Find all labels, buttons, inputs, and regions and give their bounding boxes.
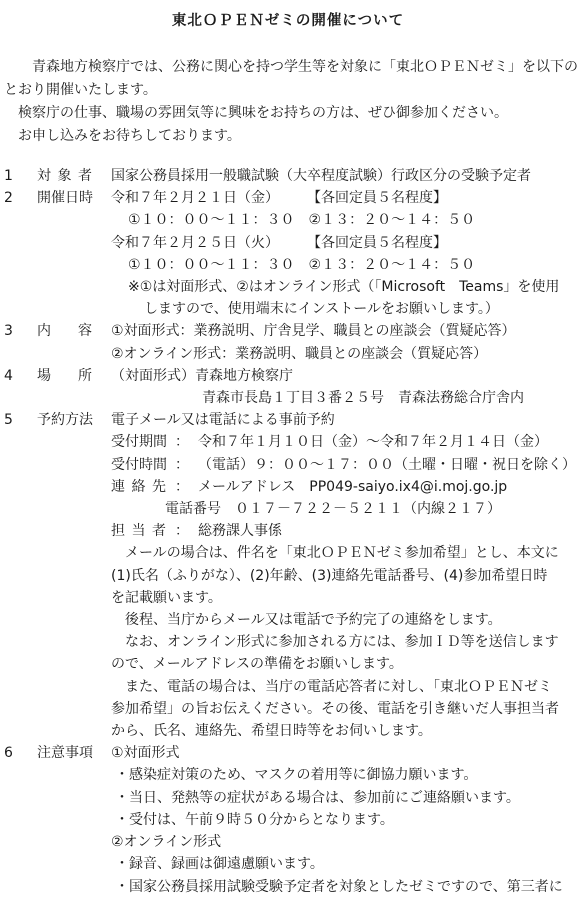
section-content: ①対面形式 ・感染症対策のため、マスクの着用等に御協力願います。 ・当日、発熱等… (92, 742, 572, 897)
section-number: 4 (4, 365, 37, 387)
content-line: を記載願います。 (111, 587, 572, 609)
content-line: ②オンライン形式 (111, 831, 572, 853)
section-label: 開催日時 (37, 187, 92, 209)
content-line: から、氏名、連絡先、希望日時等をお伺いします。 (111, 720, 572, 742)
section-label: 予約方法 (37, 409, 92, 431)
kv-separator: ： (166, 431, 198, 453)
document-page: 東北ＯＰＥＮゼミの開催について 青森地方検察庁では、公務に関心を持つ学生等を対象… (0, 0, 580, 897)
intro-paragraph: 青森地方検察庁では、公務に関心を持つ学生等を対象に「東北ＯＰＥＮゼミ」を以下の … (4, 56, 572, 148)
section-content: 国家公務員採用一般職試験（大卒程度試験）行政区分の受験予定者 (92, 165, 572, 187)
bullet-line: ・感染症対策のため、マスクの着用等に御協力願います。 (115, 764, 572, 786)
content-line: ①１０：００～１１：３０ ②１３：２０～１４：５０ (128, 254, 572, 276)
section-naiyo: 3 内容 ①対面形式：業務説明、庁舎見学、職員との座談会（質疑応答） ②オンライ… (4, 320, 572, 364)
section-content: 電子メール又は電話による事前予約 受付期間 ： 令和７年１月１０日（金）～令和７… (92, 409, 572, 742)
section-number: 5 (4, 409, 37, 431)
intro-line: とおり開催いたします。 (4, 79, 572, 102)
content-line: ①１０：００～１１：３０ ②１３：２０～１４：５０ (128, 209, 572, 231)
kv-value: 総務課人事係 (198, 520, 282, 542)
kv-separator: ： (166, 520, 198, 542)
bullet-line: ・録音、録画は御遠慮願います。 (115, 853, 572, 875)
intro-line: 青森地方検察庁では、公務に関心を持つ学生等を対象に「東北ＯＰＥＮゼミ」を以下の (32, 56, 572, 79)
content-line: メールの場合は、件名を「東北ＯＰＥＮゼミ参加希望」とし、本文に (111, 542, 572, 564)
kv-value-email: メールアドレス PP049-saiyo.ix4@i.moj.go.jp (198, 476, 507, 498)
section-label: 注意事項 (37, 742, 92, 764)
section-yoyaku: 5 予約方法 電子メール又は電話による事前予約 受付期間 ： 令和７年１月１０日… (4, 409, 572, 742)
content-line: 後程、当庁からメール又は電話で予約完了の連絡をします。 (111, 609, 572, 631)
content-line: なお、オンライン形式に参加される方には、参加ＩＤ等を送信します (111, 631, 572, 653)
content-line: （対面形式）青森地方検察庁 (111, 365, 572, 387)
kv-row: 担当者 ： 総務課人事係 (111, 520, 572, 542)
bullet-line: ・国家公務員採用試験受験予定者を対象としたゼミですので、第三者に (115, 876, 572, 897)
content-line: 参加希望」の旨お伝えください。その後、電話を引き継いだ人事担当者 (111, 698, 572, 720)
kv-separator: ： (166, 476, 198, 498)
content-line: ①対面形式：業務説明、庁舎見学、職員との座談会（質疑応答） (111, 320, 572, 342)
content-line: 令和７年２月２５日（火） 【各回定員５名程度】 (111, 232, 572, 254)
content-line: (1)氏名（ふりがな）、(2)年齢、(3)連絡先電話番号、(4)参加希望日時 (111, 565, 572, 587)
content-line: 青森市長島１丁目３番２５号 青森法務総合庁舎内 (202, 387, 572, 409)
intro-line: 検察庁の仕事、職場の雰囲気等に興味をお持ちの方は、ぜひ御参加ください。 (18, 102, 572, 125)
section-content: ①対面形式：業務説明、庁舎見学、職員との座談会（質疑応答） ②オンライン形式：業… (92, 320, 572, 364)
kv-row: 受付時間 ： （電話）９：００～１７：００（土曜・日曜・祝日を除く） (111, 454, 572, 476)
section-kaisai: 2 開催日時 令和７年２月２１日（金） 【各回定員５名程度】 ①１０：００～１１… (4, 187, 572, 320)
intro-line: お申し込みをお待ちしております。 (18, 125, 572, 148)
document-title: 東北ＯＰＥＮゼミの開催について (4, 11, 572, 31)
section-content: （対面形式）青森地方検察庁 青森市長島１丁目３番２５号 青森法務総合庁舎内 (92, 365, 572, 409)
section-number: 6 (4, 742, 37, 764)
phone-number-line: 電話番号 ０１７－７２２－５２１１（内線２１７） (165, 498, 572, 520)
bullet-line: ・当日、発熱等の症状がある場合は、参加前にご連絡願います。 (115, 787, 572, 809)
content-line: 令和７年２月２１日（金） 【各回定員５名程度】 (111, 187, 572, 209)
kv-separator: ： (166, 454, 198, 476)
kv-key: 担当者 (111, 520, 166, 542)
section-number: 3 (4, 320, 37, 342)
section-basho: 4 場所 （対面形式）青森地方検察庁 青森市長島１丁目３番２５号 青森法務総合庁… (4, 365, 572, 409)
kv-value: （電話）９：００～１７：００（土曜・日曜・祝日を除く） (198, 454, 576, 476)
section-content: 令和７年２月２１日（金） 【各回定員５名程度】 ①１０：００～１１：３０ ②１３… (92, 187, 572, 320)
content-line: ①対面形式 (111, 742, 572, 764)
section-taishosha: 1 対象者 国家公務員採用一般職試験（大卒程度試験）行政区分の受験予定者 (4, 165, 572, 187)
kv-key: 連絡先 (111, 476, 166, 498)
section-number: 1 (4, 165, 37, 187)
section-label: 対象者 (37, 165, 92, 187)
content-line: しますので、使用端末にインストールをお願いします。） (144, 298, 572, 320)
content-line: ※①は対面形式、②はオンライン形式（「Microsoft Teams」を使用 (128, 276, 572, 298)
section-list: 1 対象者 国家公務員採用一般職試験（大卒程度試験）行政区分の受験予定者 2 開… (4, 165, 572, 897)
kv-row: 受付期間 ： 令和７年１月１０日（金）～令和７年２月１４日（金） (111, 431, 572, 453)
section-label: 場所 (37, 365, 92, 387)
bullet-line: ・受付は、午前９時５０分からとなります。 (115, 809, 572, 831)
section-chui: 6 注意事項 ①対面形式 ・感染症対策のため、マスクの着用等に御協力願います。 … (4, 742, 572, 897)
content-line: ②オンライン形式：業務説明、職員との座談会（質疑応答） (111, 343, 572, 365)
section-number: 2 (4, 187, 37, 209)
content-line: 国家公務員採用一般職試験（大卒程度試験）行政区分の受験予定者 (111, 165, 572, 187)
content-line: 電子メール又は電話による事前予約 (111, 409, 572, 431)
kv-row: 連絡先 ： メールアドレス PP049-saiyo.ix4@i.moj.go.j… (111, 476, 572, 498)
section-label: 内容 (37, 320, 92, 342)
kv-key: 受付期間 (111, 431, 166, 453)
content-line: また、電話の場合は、当庁の電話応答者に対し、「東北ＯＰＥＮゼミ (111, 676, 572, 698)
kv-value: 令和７年１月１０日（金）～令和７年２月１４日（金） (198, 431, 548, 453)
kv-key: 受付時間 (111, 454, 166, 476)
content-line: ので、メールアドレスの準備をお願いします。 (111, 653, 572, 675)
